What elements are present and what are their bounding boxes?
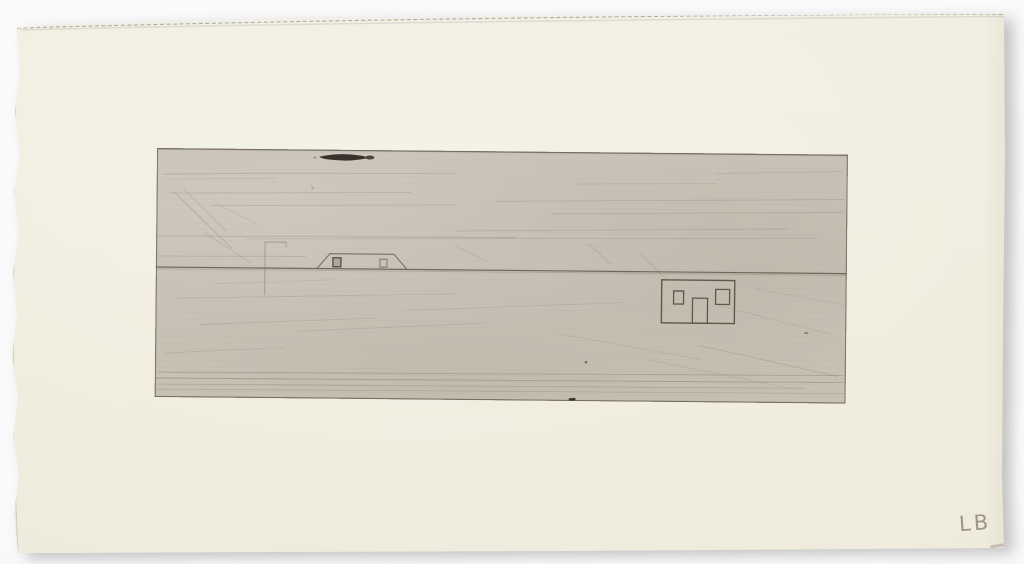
artist-signature: LB [958,510,992,536]
scratch-lines-upper [156,165,845,263]
house-figure [661,280,734,324]
horizon-line [156,267,847,275]
paper-shadow-wrap: LB [8,8,1008,554]
scratch-lines-diagonal [174,184,667,279]
hut-window-right [380,259,387,267]
paper-sheet: LB [8,8,1008,554]
photo-background: LB [0,0,1024,564]
hut-figure [317,254,407,270]
etching-plate [155,148,848,404]
ink-smudge [314,154,375,161]
house-body [661,280,734,324]
etching-drawing [155,148,848,404]
hut-window-left [333,258,341,267]
plate-mark [155,149,847,403]
scratch-lines-bottom [155,369,846,396]
